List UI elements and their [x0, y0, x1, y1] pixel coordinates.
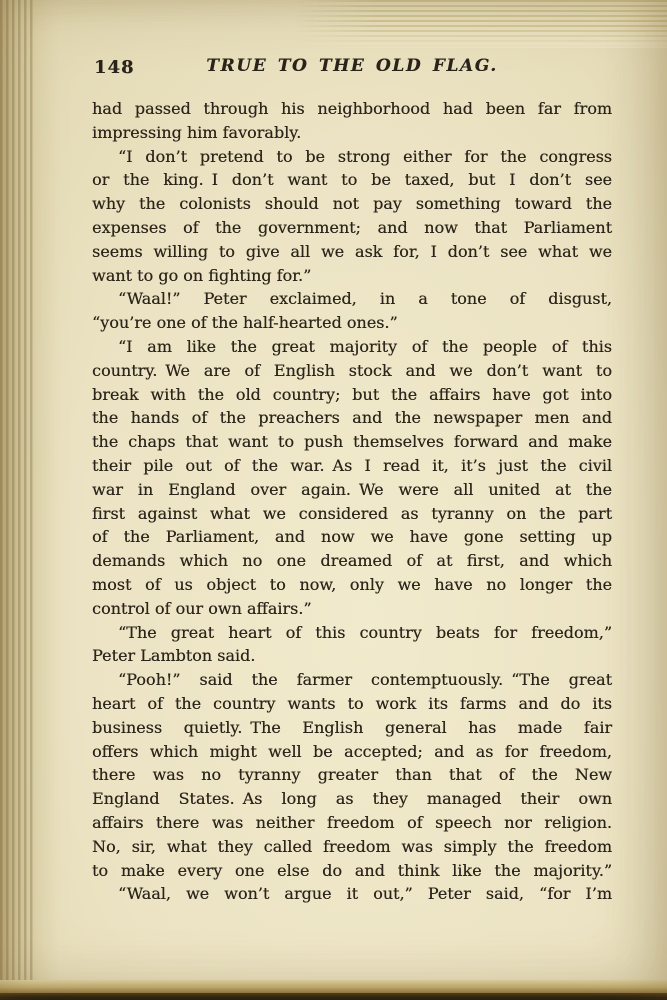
text-line: to make every one else do and think like… — [92, 859, 612, 883]
text-line: the hands of the preachers and the newsp… — [92, 406, 612, 430]
text-line: England States. As long as they managed … — [92, 787, 612, 811]
text-line: seems willing to give all we ask for, I … — [92, 240, 612, 264]
text-line: the chaps that want to push themselves f… — [92, 430, 612, 454]
paragraph: “I don’t pretend to be strong either for… — [92, 145, 612, 288]
text-line: expenses of the government; and now that… — [92, 216, 612, 240]
paragraph: “Pooh!” said the farmer contemptuously. … — [92, 668, 612, 882]
text-line: “you’re one of the half-hearted ones.” — [92, 311, 612, 335]
text-line: business quietly. The English general ha… — [92, 716, 612, 740]
text-line: “Waal, we won’t argue it out,” Peter sai… — [92, 882, 612, 906]
paragraph: “Waal!” Peter exclaimed, in a tone of di… — [92, 287, 612, 335]
text-line: most of us object to now, only we have n… — [92, 573, 612, 597]
text-line: “I am like the great majority of the peo… — [92, 335, 612, 359]
binding-gutter-shading — [0, 0, 64, 1000]
text-line: impressing him favorably. — [92, 121, 612, 145]
text-line: “I don’t pretend to be strong either for… — [92, 145, 612, 169]
text-line: demands which no one dreamed of at first… — [92, 549, 612, 573]
text-line: heart of the country wants to work its f… — [92, 692, 612, 716]
text-line: “Waal!” Peter exclaimed, in a tone of di… — [92, 287, 612, 311]
paragraph: “Waal, we won’t argue it out,” Peter sai… — [92, 882, 612, 906]
book-edge-shadow — [0, 993, 667, 1000]
bottom-page-edges — [0, 980, 667, 993]
text-line: country. We are of English stock and we … — [92, 359, 612, 383]
text-line: Peter Lambton said. — [92, 644, 612, 668]
text-line: why the colonists should not pay somethi… — [92, 192, 612, 216]
text-line: control of our own affairs.” — [92, 597, 612, 621]
text-line: “Pooh!” said the farmer contemptuously. … — [92, 668, 612, 692]
text-line: of the Parliament, and now we have gone … — [92, 525, 612, 549]
running-title: TRUE TO THE OLD FLAG. — [92, 56, 612, 76]
book-page-scan: 148 TRUE TO THE OLD FLAG. had passed thr… — [0, 0, 667, 1000]
text-line: want to go on fighting for.” — [92, 264, 612, 288]
page-header: 148 TRUE TO THE OLD FLAG. — [92, 56, 612, 80]
text-line: their pile out of the war. As I read it,… — [92, 454, 612, 478]
text-line: “The great heart of this country beats f… — [92, 621, 612, 645]
page-body: had passed through his neighborhood had … — [92, 97, 612, 906]
page-number: 148 — [94, 57, 135, 78]
text-line: there was no tyranny greater than that o… — [92, 763, 612, 787]
paragraph: had passed through his neighborhood had … — [92, 97, 612, 145]
text-line: break with the old country; but the affa… — [92, 383, 612, 407]
text-line: affairs there was neither freedom of spe… — [92, 811, 612, 835]
text-line: No, sir, what they called freedom was si… — [92, 835, 612, 859]
text-line: or the king. I don’t want to be taxed, b… — [92, 168, 612, 192]
text-line: had passed through his neighborhood had … — [92, 97, 612, 121]
printed-page-content: 148 TRUE TO THE OLD FLAG. had passed thr… — [92, 56, 612, 906]
text-line: first against what we considered as tyra… — [92, 502, 612, 526]
text-line: offers which might well be accepted; and… — [92, 740, 612, 764]
top-page-edges — [295, 0, 667, 48]
text-line: war in England over again. We were all u… — [92, 478, 612, 502]
paragraph: “The great heart of this country beats f… — [92, 621, 612, 669]
paragraph: “I am like the great majority of the peo… — [92, 335, 612, 621]
